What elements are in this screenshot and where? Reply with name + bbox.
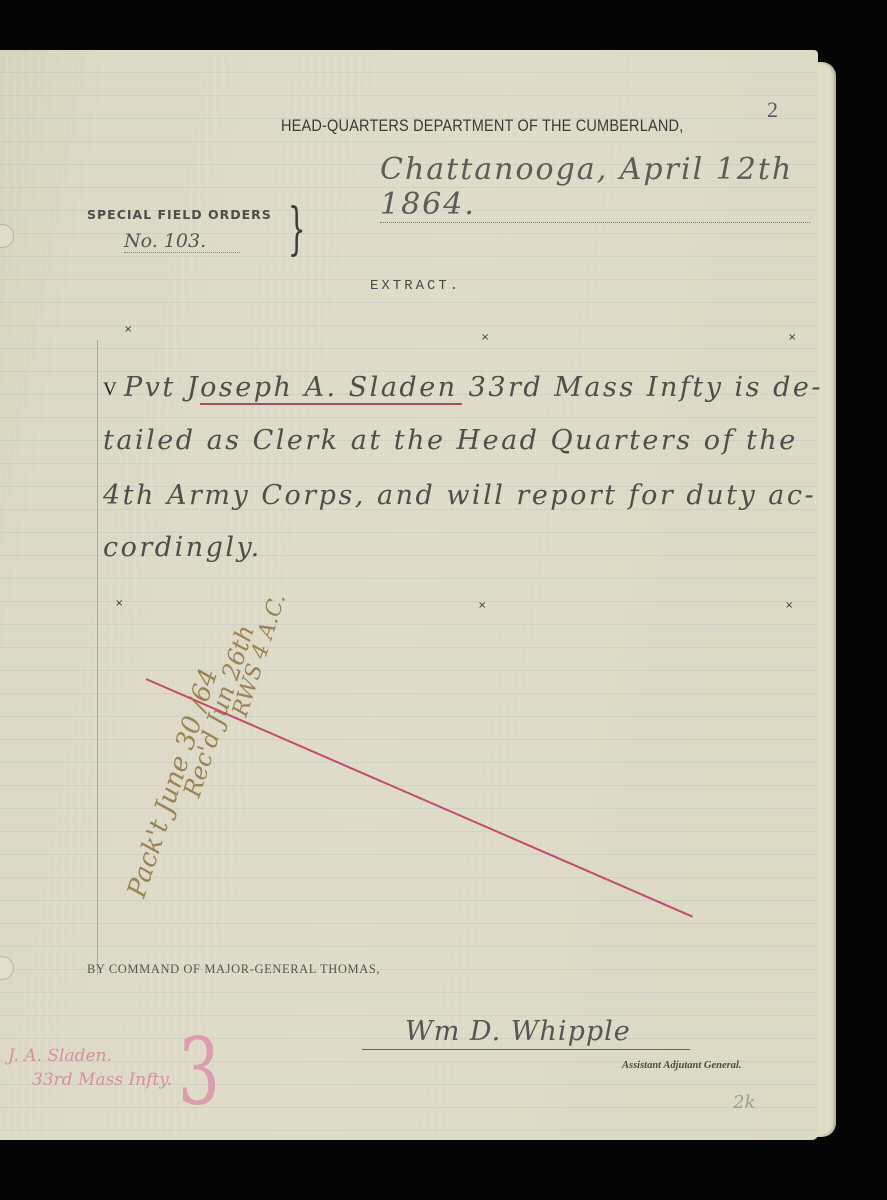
- binder-hole: [0, 224, 14, 248]
- x-mark: ×: [788, 332, 796, 343]
- orders-label: SPECIAL FIELD ORDERS: [87, 207, 272, 222]
- pink-flourish-icon: 3: [178, 1018, 220, 1126]
- section-title: EXTRACT.: [370, 278, 461, 294]
- orders-number: No. 103.: [124, 230, 240, 253]
- body-line: cordingly.: [103, 532, 262, 563]
- x-mark: ×: [481, 332, 489, 343]
- red-cancellation-line: [146, 678, 693, 917]
- signature: Wm D. Whipple: [405, 1016, 631, 1047]
- margin-note-line: 33rd Mass Infty.: [32, 1070, 172, 1090]
- signature-line: [362, 1049, 690, 1050]
- place-date: Chattanooga, April 12th 1864.: [380, 152, 810, 223]
- x-mark: ×: [115, 598, 123, 609]
- pencil-mark: 2k: [733, 1092, 755, 1113]
- margin-note-line: J. A. Sladen.: [8, 1046, 112, 1066]
- body-line: 4th Army Corps, and will report for duty…: [103, 480, 816, 511]
- name-underline: [200, 403, 462, 405]
- x-mark: ×: [124, 324, 132, 335]
- page-number: 2: [767, 97, 778, 123]
- headquarters-title: HEAD-QUARTERS DEPARTMENT OF THE CUMBERLA…: [281, 117, 683, 136]
- document-page: × × × × × × 2 HEAD-QUARTERS DEPARTMENT O…: [0, 50, 818, 1140]
- paragraph-number: V: [103, 379, 117, 401]
- closing-line: BY COMMAND OF MAJOR-GENERAL THOMAS,: [87, 962, 380, 977]
- signature-title: Assistant Adjutant General.: [622, 1060, 742, 1071]
- x-mark: ×: [785, 600, 793, 611]
- body-line: Pvt Joseph A. Sladen 33rd Mass Infty is …: [124, 372, 823, 403]
- brace-icon: }: [288, 202, 306, 258]
- margin-rule: [97, 340, 98, 975]
- body-line: tailed as Clerk at the Head Quarters of …: [103, 425, 798, 456]
- x-mark: ×: [478, 600, 486, 611]
- binder-hole: [0, 956, 14, 980]
